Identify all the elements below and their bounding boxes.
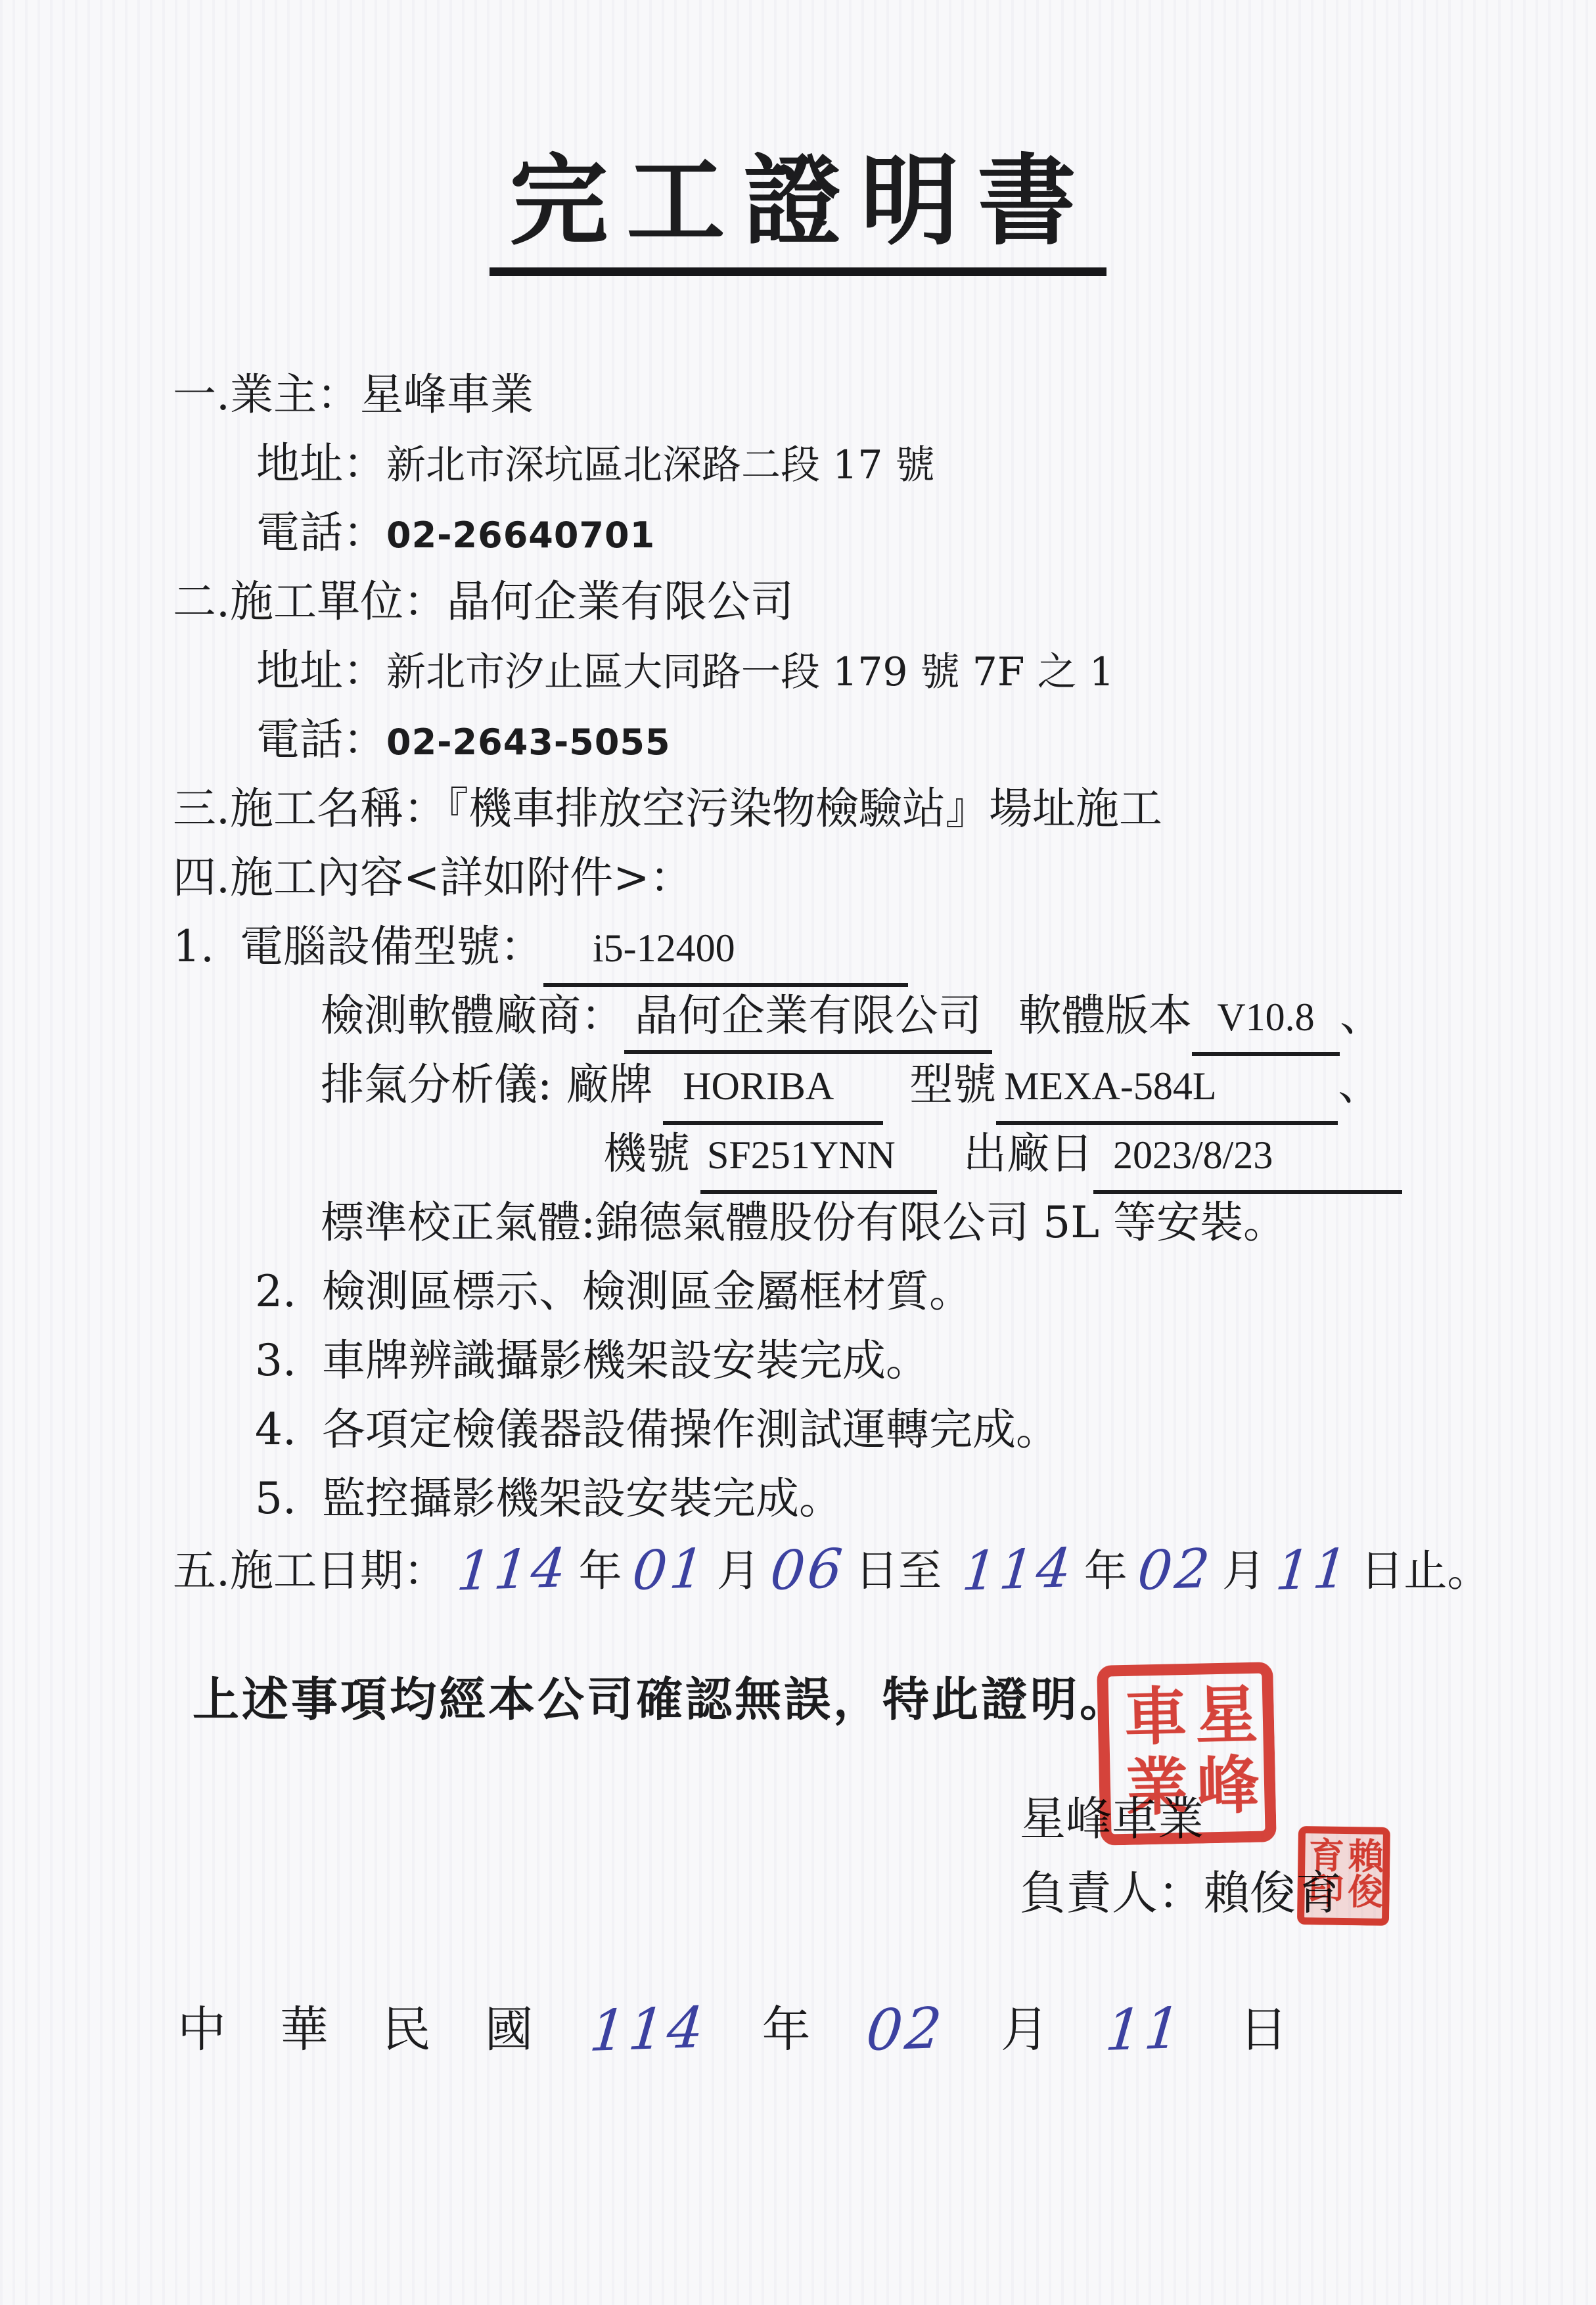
footer-year-unit: 年 bbox=[762, 1991, 811, 2061]
to-text: 日至 bbox=[855, 1545, 942, 1596]
document-title: 完工證明書 bbox=[490, 122, 1106, 276]
month-unit-1: 月 bbox=[717, 1545, 760, 1596]
item1-gas-line: 標準校正氣體:錦德氣體股份有限公司 5L 等安裝。 bbox=[173, 1188, 1517, 1257]
item3-number: 3. bbox=[173, 1326, 322, 1395]
calibration-gas-text: 標準校正氣體:錦德氣體股份有限公司 5L 等安裝。 bbox=[321, 1197, 1287, 1248]
end-day-handwritten: 11 bbox=[1262, 1534, 1363, 1607]
year-unit-1: 年 bbox=[579, 1545, 622, 1596]
contractor-address-label: 地址： bbox=[256, 645, 386, 696]
owner-address-line: 地址：新北市深坑區北深路二段 17 號 bbox=[173, 429, 1517, 498]
contractor-line: 二.施工單位：晶何企業有限公司 bbox=[173, 567, 1517, 636]
owner-line: 一.業主：星峰車業 bbox=[173, 360, 1517, 429]
serial-label: 機號 bbox=[603, 1128, 690, 1179]
footer-date-line: 中 華 民 國 114 年 02 月 11 日 bbox=[177, 1991, 1288, 2061]
item4-number: 4. bbox=[173, 1395, 322, 1464]
month-unit-2: 月 bbox=[1222, 1545, 1265, 1596]
project-name-line: 三.施工名稱：『機車排放空污染物檢驗站』場址施工 bbox=[173, 774, 1517, 843]
serial-value: SF251YNN bbox=[700, 1121, 937, 1194]
item2-text: 檢測區標示、檢測區金屬框材質。 bbox=[322, 1266, 972, 1317]
project-label: 三.施工名稱： bbox=[173, 783, 447, 834]
end-month-handwritten: 02 bbox=[1124, 1534, 1225, 1607]
company-stamp: 星峰車業 bbox=[1097, 1662, 1277, 1846]
item2-number: 2. bbox=[173, 1257, 322, 1326]
footer-char-min: 民 bbox=[382, 1991, 431, 2061]
item1-computer-line: 1.電腦設備型號：i5-12400 bbox=[173, 912, 1517, 981]
start-year-handwritten: 114 bbox=[444, 1534, 581, 1607]
construction-dates-line: 五.施工日期：114年01月06日至114年02月11日止。 bbox=[173, 1533, 1517, 1602]
footer-day-handwritten: 11 bbox=[1100, 1996, 1189, 2064]
project-name: 『機車排放空污染物檢驗站』場址施工 bbox=[447, 783, 1162, 834]
software-version-label: 軟體版本 bbox=[1018, 990, 1192, 1041]
computer-model-label: 電腦設備型號： bbox=[240, 921, 543, 972]
end-text: 日止。 bbox=[1360, 1545, 1490, 1596]
footer-month-handwritten: 02 bbox=[861, 1996, 950, 2064]
analyzer-model-value: MEXA-584L bbox=[996, 1052, 1338, 1125]
computer-model-value: i5-12400 bbox=[543, 914, 908, 987]
document-body: 一.業主：星峰車業 地址：新北市深坑區北深路二段 17 號 電話：02-2664… bbox=[173, 360, 1517, 1602]
ship-date-value: 2023/8/23 bbox=[1093, 1121, 1402, 1194]
work-content-heading: 四.施工內容<詳如附件>： bbox=[173, 843, 1517, 912]
ship-date-label: 出廠日 bbox=[963, 1128, 1093, 1179]
comma-mark-1: 、 bbox=[1340, 990, 1383, 1041]
analyzer-model-label: 型號 bbox=[909, 1059, 996, 1110]
item1-number: 1. bbox=[173, 912, 240, 981]
signature-representative-line: 負責人：賴俊育 bbox=[1020, 1856, 1342, 1930]
end-year-handwritten: 114 bbox=[949, 1534, 1087, 1607]
owner-phone-label: 電話： bbox=[256, 507, 386, 558]
owner-label: 一.業主： bbox=[173, 369, 360, 420]
title-block: 完工證明書 bbox=[0, 0, 1596, 276]
dates-label: 五.施工日期： bbox=[173, 1545, 447, 1596]
work-heading-text: 四.施工內容<詳如附件>： bbox=[173, 852, 693, 903]
owner-phone: 02-26640701 bbox=[386, 514, 655, 556]
year-unit-2: 年 bbox=[1084, 1545, 1128, 1596]
analyzer-brand-value: HORIBA bbox=[663, 1052, 883, 1125]
item1-serial-line: 機號SF251YNN出廠日2023/8/23 bbox=[173, 1119, 1517, 1188]
footer-char-guo: 國 bbox=[485, 1991, 534, 2061]
footer-char-zhong: 中 bbox=[177, 1991, 226, 2061]
footer-day-unit: 日 bbox=[1239, 1991, 1288, 2061]
representative-label: 負責人： bbox=[1020, 1866, 1204, 1920]
item5-text: 監控攝影機架設安裝完成。 bbox=[322, 1473, 842, 1524]
contractor-address-line: 地址：新北市汐止區大同路一段 179 號 7F 之 1 bbox=[173, 636, 1517, 705]
item4-text: 各項定檢儀器設備操作測試運轉完成。 bbox=[322, 1404, 1059, 1455]
contractor-phone: 02-2643-5055 bbox=[386, 721, 671, 763]
start-day-handwritten: 06 bbox=[757, 1534, 858, 1607]
contractor-name: 晶何企業有限公司 bbox=[447, 576, 794, 627]
software-version-value: V10.8 bbox=[1192, 983, 1340, 1056]
document-page: 完工證明書 一.業主：星峰車業 地址：新北市深坑區北深路二段 17 號 電話：0… bbox=[0, 0, 1596, 2305]
contractor-phone-label: 電話： bbox=[256, 714, 386, 765]
software-vendor-value: 晶何企業有限公司 bbox=[624, 981, 992, 1054]
contractor-phone-line: 電話：02-2643-5055 bbox=[173, 705, 1517, 774]
item4-line: 4.各項定檢儀器設備操作測試運轉完成。 bbox=[173, 1395, 1517, 1464]
item3-text: 車牌辨識攝影機架設安裝完成。 bbox=[322, 1335, 929, 1386]
owner-address-label: 地址： bbox=[256, 438, 386, 489]
software-vendor-label: 檢測軟體廠商： bbox=[321, 990, 624, 1041]
item2-line: 2.檢測區標示、檢測區金屬框材質。 bbox=[173, 1257, 1517, 1326]
item1-analyzer-line: 排氣分析儀: 廠牌HORIBA型號MEXA-584L、 bbox=[173, 1050, 1517, 1119]
company-stamp-characters: 星峰車業 bbox=[1114, 1681, 1259, 1826]
footer-month-unit: 月 bbox=[1001, 1991, 1049, 2061]
footer-year-handwritten: 114 bbox=[584, 1995, 712, 2065]
personal-seal-characters: 賴俊育印 bbox=[1304, 1837, 1384, 1915]
footer-char-hua: 華 bbox=[280, 1991, 329, 2061]
owner-name: 星峰車業 bbox=[360, 369, 534, 420]
item5-line: 5.監控攝影機架設安裝完成。 bbox=[173, 1464, 1517, 1533]
comma-mark-2: 、 bbox=[1338, 1059, 1381, 1110]
item5-number: 5. bbox=[173, 1464, 322, 1533]
contractor-label: 二.施工單位： bbox=[173, 576, 447, 627]
contractor-address: 新北市汐止區大同路一段 179 號 7F 之 1 bbox=[386, 649, 1114, 695]
item3-line: 3.車牌辨識攝影機架設安裝完成。 bbox=[173, 1326, 1517, 1395]
owner-address: 新北市深坑區北深路二段 17 號 bbox=[386, 442, 935, 488]
analyzer-brand-label: 排氣分析儀: 廠牌 bbox=[321, 1059, 652, 1110]
item1-software-line: 檢測軟體廠商：晶何企業有限公司軟體版本V10.8、 bbox=[173, 981, 1517, 1050]
start-month-handwritten: 01 bbox=[619, 1534, 720, 1607]
closing-statement: 上述事項均經本公司確認無誤，特此證明。 bbox=[193, 1662, 1596, 1729]
personal-seal: 賴俊育印 bbox=[1297, 1826, 1390, 1926]
owner-phone-line: 電話：02-26640701 bbox=[173, 498, 1517, 567]
